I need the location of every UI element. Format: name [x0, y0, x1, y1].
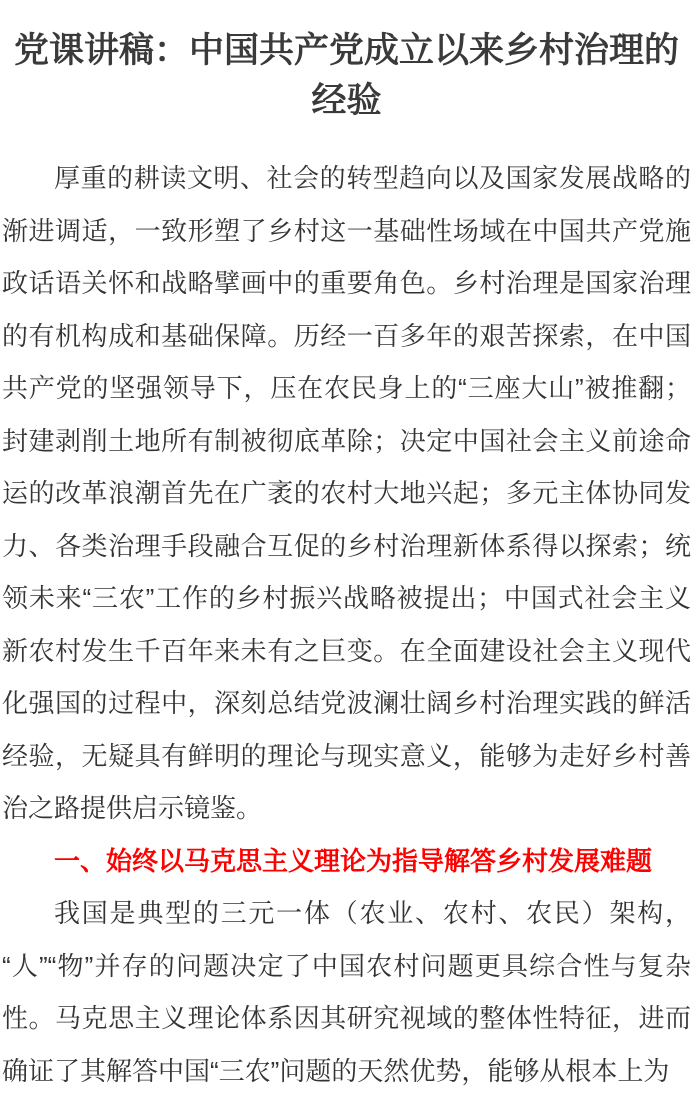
document-page: 党课讲稿：中国共产党成立以来乡村治理的经验 厚重的耕读文明、社会的转型趋向以及国… — [0, 0, 693, 1097]
section-heading: 一、始终以马克思主义理论为指导解答乡村发展难题 — [2, 835, 691, 888]
document-title: 党课讲稿：中国共产党成立以来乡村治理的经验 — [2, 26, 691, 126]
section-paragraph: 我国是典型的三元一体（农业、农村、农民）架构，“人”“物”并存的问题决定了中国农… — [2, 887, 691, 1097]
intro-paragraph: 厚重的耕读文明、社会的转型趋向以及国家发展战略的渐进调适，一致形塑了乡村这一基础… — [2, 152, 691, 835]
